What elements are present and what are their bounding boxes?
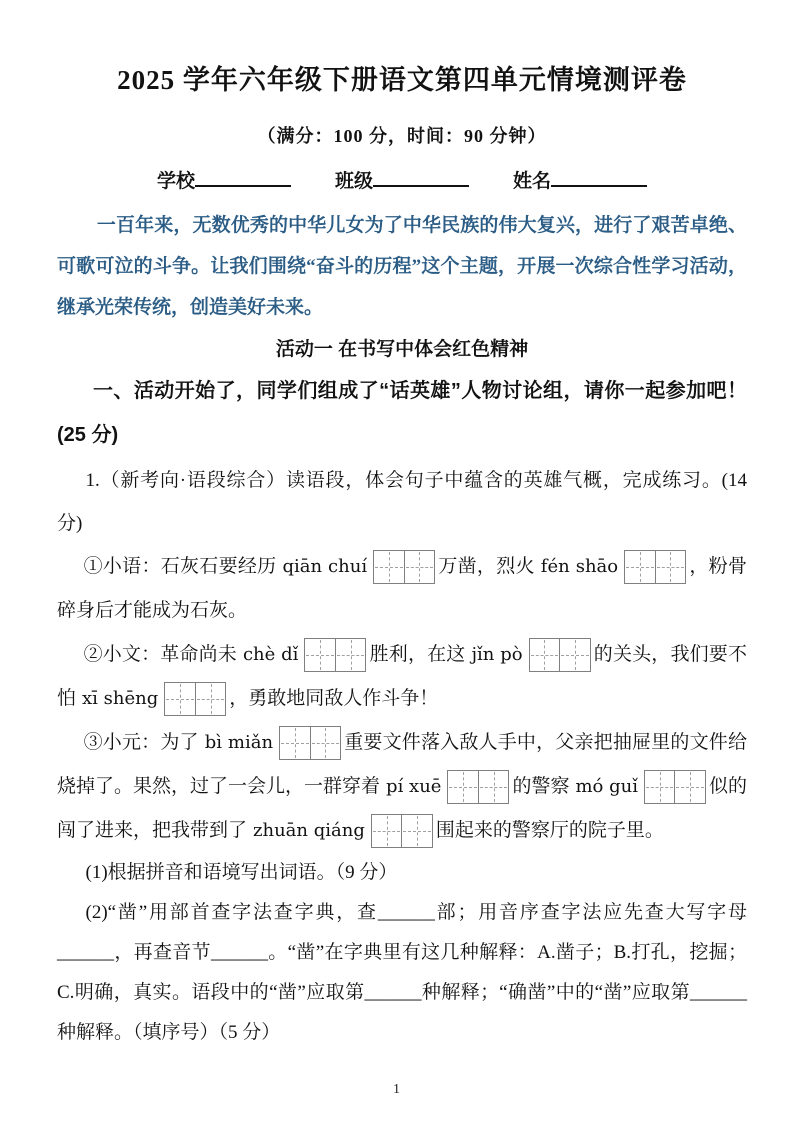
- class-label: 班级: [335, 171, 373, 192]
- pinyin-xi-sheng: xī shēng: [82, 688, 158, 709]
- text-segment: ①小语：石灰石要经历: [84, 556, 277, 577]
- intro-paragraph: 一百年来，无数优秀的中华儿女为了中华民族的伟大复兴，进行了艰苦卓绝、可歌可泣的斗…: [57, 205, 747, 328]
- grid-cell: [305, 639, 335, 671]
- sub-question-1: (1)根据拼音和语境写出词语。（9 分）: [57, 853, 747, 893]
- name-blank[interactable]: [551, 166, 647, 187]
- grid-cell: [404, 551, 435, 583]
- item-3-xiaoyuan: ③小元：为了bì miǎn重要文件落入敌人手中，父亲把抽屉里的文件给烧掉了。果然…: [57, 721, 747, 853]
- writing-grid[interactable]: [164, 682, 226, 716]
- item-2-xiaowen: ②小文：革命尚未chè dǐ胜利，在这jǐn pò的关头，我们要不怕xī shē…: [57, 633, 747, 721]
- grid-cell: [478, 771, 509, 803]
- student-info-row: 学校 班级 姓名: [57, 166, 747, 193]
- class-blank[interactable]: [373, 166, 469, 187]
- school-label: 学校: [157, 171, 195, 192]
- text-segment: ③小元：为了: [84, 732, 199, 753]
- grid-cell: [280, 727, 310, 759]
- pinyin-pi-xue: pí xuē: [386, 776, 441, 797]
- pinyin-fen-shao: fén shāo: [541, 556, 618, 577]
- activity-heading: 活动一 在书写中体会红色精神: [57, 334, 747, 361]
- writing-grid[interactable]: [447, 770, 509, 804]
- pinyin-che-di: chè dǐ: [243, 644, 299, 665]
- grid-cell: [625, 551, 655, 583]
- grid-cell: [374, 551, 404, 583]
- grid-cell: [310, 727, 341, 759]
- pinyin-qian-chui: qiān chuí: [282, 556, 367, 577]
- question-1-lead: 1.（新考向·语段综合）读语段，体会句子中蕴含的英雄气概，完成练习。(14 分): [57, 459, 747, 545]
- writing-grid[interactable]: [371, 814, 433, 848]
- writing-grid[interactable]: [644, 770, 706, 804]
- writing-grid[interactable]: [373, 550, 435, 584]
- sub-question-2: (2)“凿”用部首查字法查字典，查______部；用音序查字法应先查大写字母__…: [57, 893, 747, 1053]
- grid-cell: [655, 551, 686, 583]
- grid-cell: [530, 639, 560, 671]
- section-one-heading: 一、活动开始了，同学们组成了“话英雄”人物讨论组，请你一起参加吧！(25 分): [57, 369, 747, 457]
- pinyin-bi-mian: bì miǎn: [205, 732, 273, 753]
- pinyin-zhuan-qiang: zhuān qiáng: [253, 820, 365, 841]
- text-segment: 的警察: [512, 776, 569, 797]
- grid-cell: [195, 683, 226, 715]
- text-segment: ，勇敢地同敌人作斗争！: [229, 688, 438, 709]
- writing-grid[interactable]: [624, 550, 686, 584]
- school-field: 学校: [157, 166, 291, 193]
- test-paper-page: 2025 学年六年级下册语文第四单元情境测评卷 （满分：100 分，时间：90 …: [0, 0, 793, 1122]
- grid-cell: [372, 815, 402, 847]
- item-1-xiaoyu: ①小语：石灰石要经历qiān chuí万凿，烈火fén shāo，粉骨碎身后才能…: [57, 545, 747, 633]
- writing-grid[interactable]: [279, 726, 341, 760]
- grid-cell: [674, 771, 705, 803]
- exam-info: （满分：100 分，时间：90 分钟）: [57, 122, 747, 148]
- grid-cell: [645, 771, 675, 803]
- grid-cell: [559, 639, 590, 671]
- pinyin-jin-po: jǐn pò: [471, 644, 522, 665]
- page-number: 1: [0, 1082, 793, 1098]
- grid-cell: [165, 683, 195, 715]
- writing-grid[interactable]: [529, 638, 591, 672]
- grid-cell: [335, 639, 366, 671]
- class-field: 班级: [335, 166, 469, 193]
- name-label: 姓名: [513, 171, 551, 192]
- grid-cell: [448, 771, 478, 803]
- text-segment: 万凿，烈火: [438, 556, 535, 577]
- text-segment: 胜利，在这: [369, 644, 465, 665]
- pinyin-mo-gui: mó guǐ: [575, 776, 638, 797]
- school-blank[interactable]: [195, 166, 291, 187]
- name-field: 姓名: [513, 166, 647, 193]
- grid-cell: [401, 815, 432, 847]
- page-title: 2025 学年六年级下册语文第四单元情境测评卷: [57, 64, 747, 98]
- text-segment: 围起来的警察厅的院子里。: [436, 820, 664, 841]
- writing-grid[interactable]: [304, 638, 366, 672]
- text-segment: ②小文：革命尚未: [84, 644, 237, 665]
